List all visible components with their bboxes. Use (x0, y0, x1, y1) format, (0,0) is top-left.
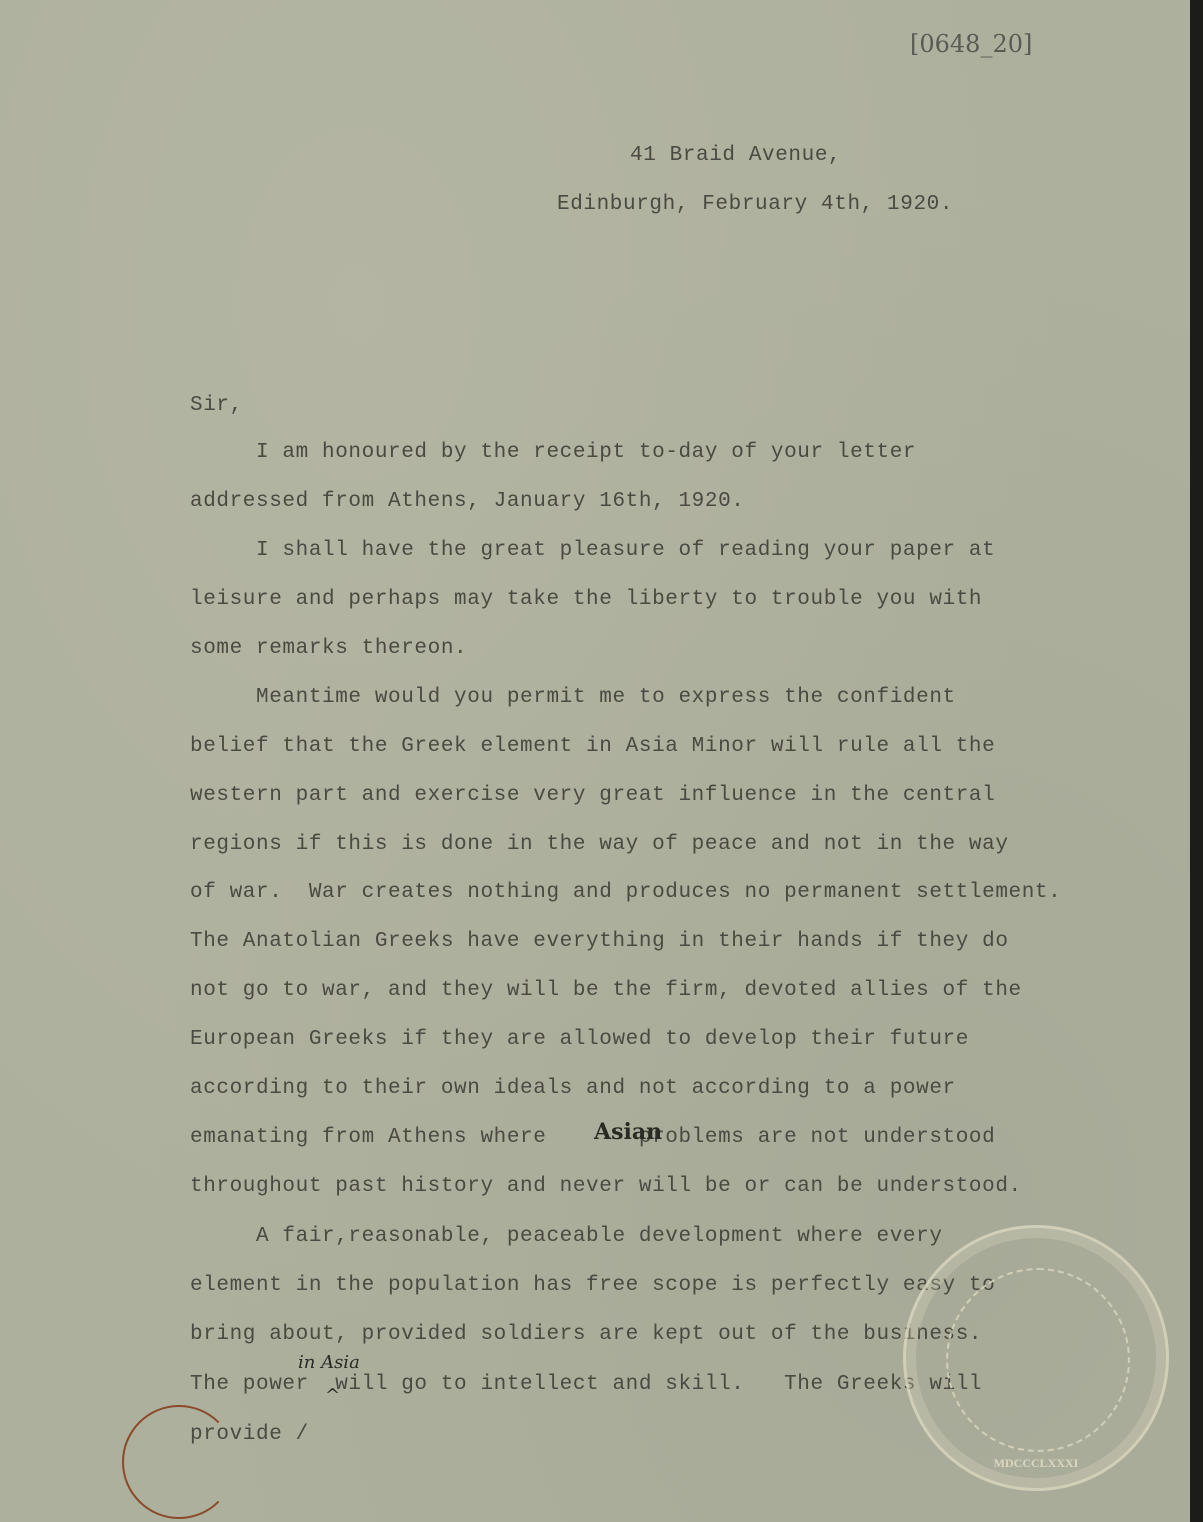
seal-inner-ring (946, 1268, 1130, 1452)
body-line: The Anatolian Greeks have everything in … (190, 930, 1009, 953)
body-line: emanating from Athens where problems are… (190, 1126, 995, 1149)
caret-mark: ^ (325, 1385, 340, 1406)
archive-reference: [0648_20] (910, 30, 1032, 58)
handwritten-in-asia: in Asia (298, 1352, 360, 1373)
seal-date: MDCCCLXXXI (906, 1456, 1166, 1471)
body-line: addressed from Athens, January 16th, 192… (190, 490, 745, 513)
body-line: western part and exercise very great inf… (190, 784, 995, 807)
body-line: of war. War creates nothing and produces… (190, 881, 1061, 904)
body-line: Meantime would you permit me to express … (190, 686, 956, 709)
body-line: I am honoured by the receipt to-day of y… (190, 441, 916, 464)
body-line: bring about, provided soldiers are kept … (190, 1323, 982, 1346)
body-line: A fair,reasonable, peaceable development… (190, 1225, 943, 1248)
body-line: regions if this is done in the way of pe… (190, 833, 1009, 856)
body-line: I shall have the great pleasure of readi… (190, 539, 995, 562)
handwritten-asian: Asian (594, 1119, 662, 1145)
body-line: not go to war, and they will be the firm… (190, 979, 1022, 1002)
stamp-circle (122, 1405, 236, 1519)
body-line: some remarks thereon. (190, 637, 467, 660)
body-line: belief that the Greek element in Asia Mi… (190, 735, 995, 758)
body-line: throughout past history and never will b… (190, 1175, 1022, 1198)
body-line: element in the population has free scope… (190, 1274, 995, 1297)
page-edge (1190, 0, 1203, 1522)
body-line: The power will go to intellect and skill… (190, 1373, 982, 1396)
body-line: European Greeks if they are allowed to d… (190, 1028, 969, 1051)
address-line-2: Edinburgh, February 4th, 1920. (557, 193, 953, 216)
body-line: leisure and perhaps may take the liberty… (190, 588, 982, 611)
body-line: according to their own ideals and not ac… (190, 1077, 956, 1100)
salutation: Sir, (190, 394, 243, 417)
school-seal: MDCCCLXXXI (903, 1225, 1169, 1491)
address-line-1: 41 Braid Avenue, (630, 144, 841, 167)
